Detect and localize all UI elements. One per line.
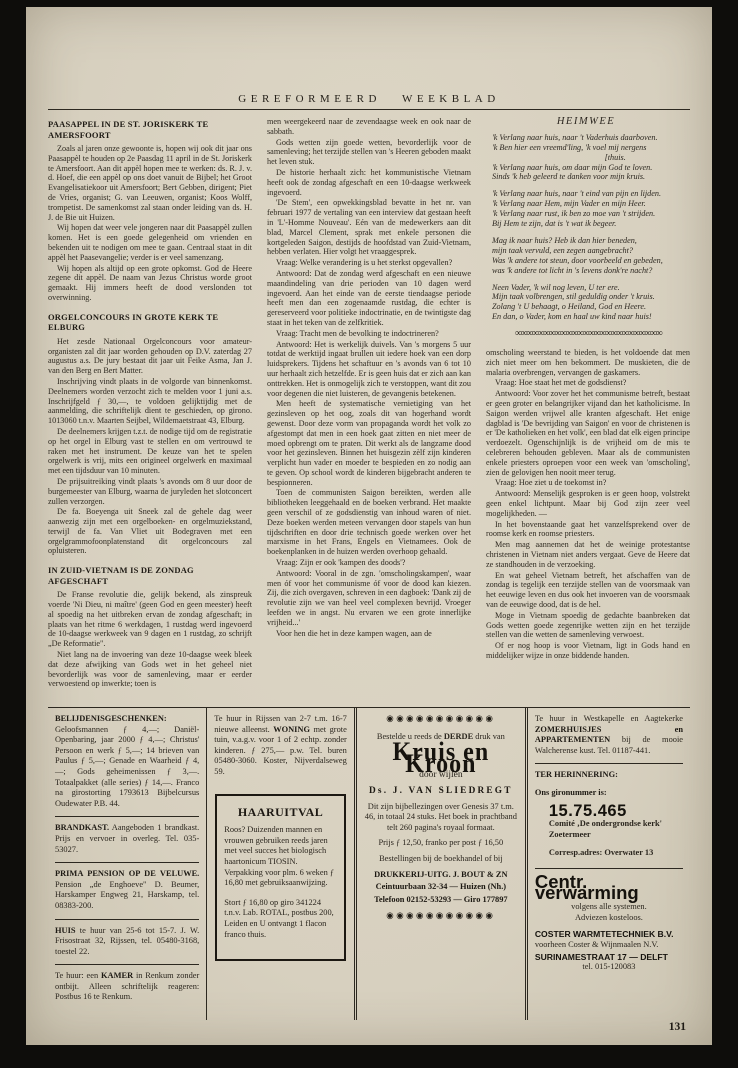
ad-lead: PRIMA PENSION OP DE VELUWE.: [55, 869, 199, 878]
article-paragraph: En wat geheel Vietnam betreft, het afsch…: [486, 571, 690, 610]
article-heading: ORGELCONCOURS IN GROTE KERK TE ELBURG: [48, 312, 252, 333]
article-paragraph: Antwoord: Voor zover het het communisme …: [486, 389, 690, 477]
ad-lead: BRANDKAST.: [55, 823, 109, 832]
verwarming-phone: tel. 015-120083: [535, 962, 683, 973]
publisher-name: DRUKKERIJ-UITG. J. BOUT & ZN: [364, 870, 518, 881]
article-paragraph: Vraag: Welke verandering is u het sterks…: [267, 258, 471, 268]
poem-stanza: 'k Verlang naar huis, naar 't Vaderhuis …: [492, 133, 690, 183]
poem-stanza: Neen Vader, 'k wil nog leven, U ter ere.…: [492, 283, 690, 323]
publisher-address: Ceintuurbaan 32-34 — Huizen (Nh.): [364, 882, 518, 893]
giro-organisation: Comité ‚De ondergrondse kerk' Zoetermeer: [549, 819, 683, 840]
ad-text: te huur van 25-6 tot 15-7. J. W. Frisost…: [55, 926, 199, 956]
ads-column-4: Te huur in Westkapelle en Aagtekerke ZOM…: [528, 708, 690, 1020]
poem-stanza: Mag ik naar huis? Heb ik dan hier benede…: [492, 236, 690, 276]
rope-divider-ornament: ∞∞∞∞∞∞∞∞∞∞∞∞∞∞∞∞∞∞∞∞∞∞∞∞∞∞: [486, 329, 690, 339]
ad-haaruitval-title: HAARUITVAL: [224, 807, 337, 818]
verwarming-street: SURINAMESTRAAT 17 — DELFT: [535, 952, 683, 963]
article-paragraph: De Franse revolutie die, gelijk bekend, …: [48, 590, 252, 649]
verwarming-line: Adviezen kosteloos.: [535, 913, 683, 924]
ad-centrale-verwarming: Centr. verwarming volgens alle systemen.…: [535, 868, 683, 980]
article-paragraph: Vraag: Hoe staat het met de godsdienst?: [486, 378, 690, 388]
article-paragraph: Het zesde Nationaal Orgelconcours voor a…: [48, 337, 252, 376]
verwarming-line: volgens alle systemen.: [535, 902, 683, 913]
article-columns: PAASAPPEL IN DE ST. JORISKERK TE AMERSFO…: [48, 117, 690, 703]
article-paragraph: De fa. Boeyenga uit Sneek zal de gehele …: [48, 507, 252, 556]
article-heading: IN ZUID-VIETNAM IS DE ZONDAG AFGESCHAFT: [48, 565, 252, 586]
column-middle: men weergekeerd naar de zevendaagse week…: [267, 117, 471, 703]
article-paragraph: In het bovenstaande gaat het vanzelfspre…: [486, 520, 690, 540]
ad-lead: HUIS: [55, 926, 75, 935]
article-paragraph: Wij hopen als altijd op een grote opkoms…: [48, 264, 252, 303]
ad-kamer-renkum: Te huur: een KAMER in Renkum zonder ontb…: [55, 964, 199, 1010]
book-order-info: Bestellingen bij de boekhandel of bij: [364, 854, 518, 865]
ad-text: Te huur: een: [55, 971, 101, 980]
article-paragraph: omscholing weerstand te bieden, is het v…: [486, 348, 690, 377]
article-paragraph: Men mag aannemen dat het de weinige prot…: [486, 540, 690, 569]
ad-zomerhuisjes: Te huur in Westkapelle en Aagtekerke ZOM…: [535, 708, 683, 763]
poem-title: HEIMWEE: [492, 117, 690, 127]
ad-woning-rijssen: Te huur in Rijssen van 2-7 t.m. 16-7 nie…: [214, 708, 347, 785]
masthead-title: GEREFORMEERD WEEKBLAD: [26, 93, 712, 105]
ad-huis-te-huur: HUIS te huur van 25-6 tot 15-7. J. W. Fr…: [55, 919, 199, 965]
circled-dots-ornament: ◉◉◉◉◉◉◉◉◉◉◉: [364, 910, 518, 921]
verwarming-company: COSTER WARMTETECHNIEK B.V.: [535, 929, 683, 940]
ad-text: Geloofsmannen ƒ 4,—; Daniël-Openbaring, …: [55, 725, 199, 808]
ads-column-2: Te huur in Rijssen van 2-7 t.m. 16-7 nie…: [206, 708, 354, 1020]
article-paragraph: Vraag: Tracht men de bevolking te indoct…: [267, 329, 471, 339]
article-paragraph: De prijsuitreiking vindt plaats 's avond…: [48, 477, 252, 506]
article-paragraph: Antwoord: Dat de zondag werd afgeschaft …: [267, 269, 471, 328]
ad-lead: BELIJDENISGESCHENKEN:: [55, 714, 167, 723]
ads-column-1: BELIJDENISGESCHENKEN: Geloofsmannen ƒ 4,…: [48, 708, 206, 1020]
ad-lead: WONING: [273, 725, 310, 734]
giro-number: 15.75.465: [549, 806, 683, 817]
page-number: 131: [669, 1021, 686, 1033]
article-paragraph: Zoals al jaren onze gewoonte is, hopen w…: [48, 144, 252, 222]
ad-gironummer: TER HERINNERING: Ons gironummer is: 15.7…: [535, 763, 683, 868]
article-paragraph: Vraag: Zijn er ook 'kampen des doods'?: [267, 558, 471, 568]
article-paragraph: De deelnemers krijgen t.z.t. de nodige t…: [48, 427, 252, 476]
circled-dots-ornament: ◉◉◉◉◉◉◉◉◉◉◉: [364, 713, 518, 724]
article-heading: PAASAPPEL IN DE ST. JORISKERK TE AMERSFO…: [48, 119, 252, 140]
ad-haaruitval: HAARUITVAL Roos? Duizenden mannen en vro…: [215, 794, 346, 962]
article-paragraph: men weergekeerd naar de zevendaagse week…: [267, 117, 471, 137]
article-paragraph: Moge in Vietnam spoedig de gedachte baan…: [486, 611, 690, 640]
book-title: Kruis en Kroon: [364, 747, 518, 770]
article-paragraph: Gods wetten zijn goede wetten, bevorderl…: [267, 138, 471, 167]
masthead-rule: [48, 109, 690, 110]
ad-haaruitval-body: Roos? Duizenden mannen en vrouwen gebrui…: [224, 825, 337, 889]
ad-lead: KAMER: [101, 971, 133, 980]
classified-ads: BELIJDENISGESCHENKEN: Geloofsmannen ƒ 4,…: [48, 708, 690, 1020]
ad-belijdenisgeschenken: BELIJDENISGESCHENKEN: Geloofsmannen ƒ 4,…: [55, 708, 199, 816]
article-paragraph: Toen de communisten Saigon bereikten, we…: [267, 488, 471, 557]
verwarming-title: Centr. verwarming: [535, 877, 683, 898]
giro-line: Ons gironummer is:: [535, 788, 683, 799]
book-author: Ds. J. VAN SLIEDREGT: [364, 786, 518, 797]
column-left: PAASAPPEL IN DE ST. JORISKERK TE AMERSFO…: [48, 117, 252, 703]
book-price: Prijs ƒ 12,50, franko per post ƒ 16,50: [364, 838, 518, 849]
article-paragraph: Antwoord: Het is werkelijk duivels. Van …: [267, 340, 471, 399]
ad-text: Pension „de Enghoeve" D. Beumer, Harskam…: [55, 880, 199, 910]
newspaper-page: GEREFORMEERD WEEKBLAD PAASAPPEL IN DE ST…: [26, 7, 712, 1045]
article-paragraph: De historie herhaalt zich: het kommunist…: [267, 168, 471, 197]
ad-pension-veluwe: PRIMA PENSION OP DE VELUWE. Pension „de …: [55, 862, 199, 918]
article-paragraph: Men heeft de systematische vernietiging …: [267, 399, 471, 487]
column-right: HEIMWEE 'k Verlang naar huis, naar 't Va…: [486, 117, 690, 703]
article-paragraph: Vraag: Hoe ziet u de toekomst in?: [486, 478, 690, 488]
giro-heading: TER HERINNERING:: [535, 770, 683, 781]
giro-address: Corresp.adres: Overwater 13: [549, 848, 683, 859]
article-paragraph: Antwoord: Vooral in de zgn. 'omscholings…: [267, 569, 471, 628]
article-paragraph: Of er nog hoop is voor Vietnam, ligt in …: [486, 641, 690, 661]
poem-stanza: 'k Verlang naar huis, naar 't eind van p…: [492, 189, 690, 229]
ad-haaruitval-order: Stort ƒ 16,80 op giro 341224 t.n.v. Lab.…: [224, 898, 337, 940]
article-paragraph: 'De Stem', een opwekkingsblad bevatte in…: [267, 198, 471, 257]
ads-column-kruis-en-kroon: ◉◉◉◉◉◉◉◉◉◉◉ Bestelde u reeds de DERDE dr…: [354, 708, 528, 1020]
article-paragraph: Inschrijving vindt plaats in de volgorde…: [48, 377, 252, 426]
book-description: Dit zijn bijbellezingen over Genesis 37 …: [364, 802, 518, 834]
article-paragraph: Niet lang na de invoering van deze 10-da…: [48, 650, 252, 689]
article-paragraph: Wij hopen dat weer vele jongeren naar di…: [48, 223, 252, 262]
article-paragraph: Antwoord: Menselijk gesproken is er geen…: [486, 489, 690, 518]
verwarming-former-name: voorheen Coster & Wijnmaalen N.V.: [535, 940, 683, 951]
ad-text: Te huur in Westkapelle en Aagtekerke: [535, 714, 683, 723]
poem-heimwee: HEIMWEE 'k Verlang naar huis, naar 't Va…: [486, 117, 690, 322]
article-paragraph: Voor hen die het in deze kampen wagen, a…: [267, 629, 471, 639]
ad-brandkast: BRANDKAST. Aangeboden 1 brandkast. Prijs…: [55, 816, 199, 862]
publisher-phone: Telefoon 02152-53293 — Giro 177897: [364, 895, 518, 906]
